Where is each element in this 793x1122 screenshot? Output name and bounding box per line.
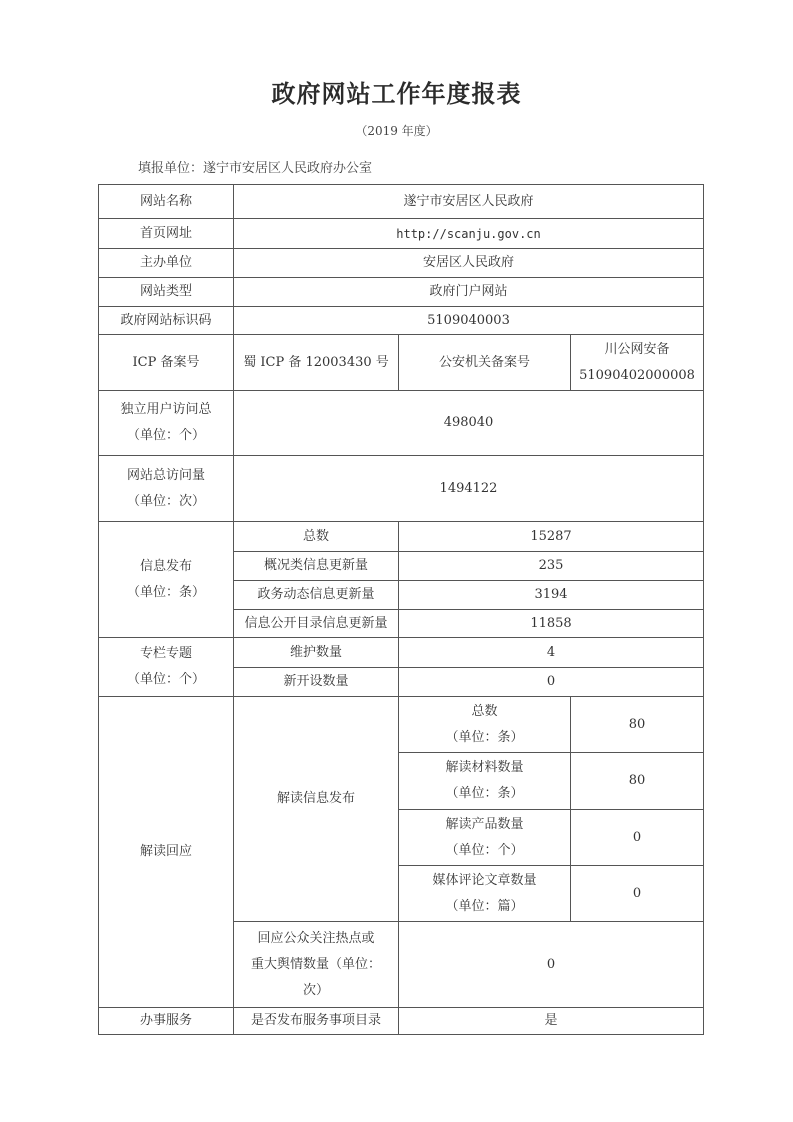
response-label-line3: 次） (236, 978, 396, 1004)
interp-row-value: 80 (571, 697, 704, 753)
row-columns-maintained: 专栏专题 （单位：个） 维护数量 4 (99, 638, 704, 668)
row-services: 办事服务 是否发布服务事项目录 是 (99, 1008, 704, 1035)
report-year: （2019 年度） (0, 122, 793, 139)
row-interp-total: 解读回应 解读信息发布 总数 （单位：条） 80 (99, 697, 704, 753)
report-table: 网站名称 遂宁市安居区人民政府 首页网址 http://scanju.gov.c… (98, 184, 704, 1035)
total-visits-label-line1: 网站总访问量 (101, 463, 231, 489)
interp-row-label: 总数 （单位：条） (399, 697, 571, 753)
interp-row-value: 0 (571, 866, 704, 922)
interp-row-label-line1: 媒体评论文章数量 (401, 868, 568, 894)
sponsor-value: 安居区人民政府 (234, 249, 704, 278)
columns-row-label: 维护数量 (234, 638, 399, 668)
site-name-value: 遂宁市安居区人民政府 (234, 185, 704, 219)
unique-users-label: 独立用户访问总 （单位：个） (99, 391, 234, 456)
info-row-value: 11858 (399, 610, 704, 638)
unique-users-value: 498040 (234, 391, 704, 456)
info-publish-label-unit: （单位：条） (101, 580, 231, 606)
row-site-name: 网站名称 遂宁市安居区人民政府 (99, 185, 704, 219)
columns-label-line1: 专栏专题 (101, 641, 231, 667)
police-record-line1: 川公网安备 (573, 337, 701, 363)
interp-row-label-unit: （单位：个） (401, 838, 568, 864)
row-unique-users: 独立用户访问总 （单位：个） 498040 (99, 391, 704, 456)
site-type-value: 政府门户网站 (234, 278, 704, 307)
row-homepage: 首页网址 http://scanju.gov.cn (99, 219, 704, 249)
site-name-label: 网站名称 (99, 185, 234, 219)
homepage-value: http://scanju.gov.cn (234, 219, 704, 249)
total-visits-label-unit: （单位：次） (101, 489, 231, 515)
columns-label-unit: （单位：个） (101, 667, 231, 693)
row-total-visits: 网站总访问量 （单位：次） 1494122 (99, 456, 704, 522)
site-id-label: 政府网站标识码 (99, 307, 234, 335)
police-record-value: 川公网安备 51090402000008 (571, 335, 704, 391)
interp-row-label: 解读材料数量 （单位：条） (399, 753, 571, 810)
info-row-label: 概况类信息更新量 (234, 552, 399, 581)
info-row-value: 3194 (399, 581, 704, 610)
site-id-value: 5109040003 (234, 307, 704, 335)
interp-row-label-line1: 解读产品数量 (401, 812, 568, 838)
services-label: 办事服务 (99, 1008, 234, 1035)
filing-unit: 填报单位：遂宁市安居区人民政府办公室 (138, 157, 372, 176)
interp-row-label-unit: （单位：条） (401, 781, 568, 807)
response-label: 回应公众关注热点或 重大舆情数量（单位： 次） (234, 922, 399, 1008)
info-publish-label-line1: 信息发布 (101, 554, 231, 580)
total-visits-value: 1494122 (234, 456, 704, 522)
row-site-id: 政府网站标识码 5109040003 (99, 307, 704, 335)
services-sub-label: 是否发布服务事项目录 (234, 1008, 399, 1035)
info-row-value: 235 (399, 552, 704, 581)
unique-users-label-unit: （单位：个） (101, 423, 231, 449)
interp-row-label-unit: （单位：条） (401, 725, 568, 751)
info-row-label: 总数 (234, 522, 399, 552)
police-record-label: 公安机关备案号 (399, 335, 571, 391)
interp-row-label-unit: （单位：篇） (401, 894, 568, 920)
info-row-label: 信息公开目录信息更新量 (234, 610, 399, 638)
services-value: 是 (399, 1008, 704, 1035)
interpretation-label: 解读回应 (99, 697, 234, 1008)
unique-users-label-line1: 独立用户访问总 (101, 397, 231, 423)
row-site-type: 网站类型 政府门户网站 (99, 278, 704, 307)
interp-row-value: 0 (571, 810, 704, 866)
info-publish-label: 信息发布 （单位：条） (99, 522, 234, 638)
interp-row-label: 解读产品数量 （单位：个） (399, 810, 571, 866)
icp-label: ICP 备案号 (99, 335, 234, 391)
columns-row-label: 新开设数量 (234, 668, 399, 697)
interpretation-publish-label: 解读信息发布 (234, 697, 399, 922)
interp-row-value: 80 (571, 753, 704, 810)
total-visits-label: 网站总访问量 （单位：次） (99, 456, 234, 522)
interp-row-label-line1: 总数 (401, 699, 568, 725)
columns-row-value: 0 (399, 668, 704, 697)
interp-row-label-line1: 解读材料数量 (401, 755, 568, 781)
row-info-total: 信息发布 （单位：条） 总数 15287 (99, 522, 704, 552)
info-row-value: 15287 (399, 522, 704, 552)
columns-label: 专栏专题 （单位：个） (99, 638, 234, 697)
site-type-label: 网站类型 (99, 278, 234, 307)
row-icp: ICP 备案号 蜀 ICP 备 12003430 号 公安机关备案号 川公网安备… (99, 335, 704, 391)
interp-row-label: 媒体评论文章数量 （单位：篇） (399, 866, 571, 922)
columns-row-value: 4 (399, 638, 704, 668)
row-sponsor: 主办单位 安居区人民政府 (99, 249, 704, 278)
homepage-label: 首页网址 (99, 219, 234, 249)
police-record-line2: 51090402000008 (573, 363, 701, 389)
response-value: 0 (399, 922, 704, 1008)
info-row-label: 政务动态信息更新量 (234, 581, 399, 610)
page-title: 政府网站工作年度报表 (0, 74, 793, 109)
icp-value: 蜀 ICP 备 12003430 号 (234, 335, 399, 391)
sponsor-label: 主办单位 (99, 249, 234, 278)
response-label-line2: 重大舆情数量（单位： (236, 952, 396, 978)
response-label-line1: 回应公众关注热点或 (236, 926, 396, 952)
